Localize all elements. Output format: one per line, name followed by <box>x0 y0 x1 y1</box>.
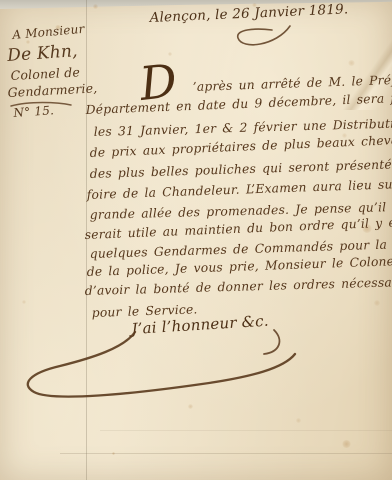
foxing-spot <box>22 300 26 304</box>
letter-scan: Alençon, le 26 Janvier 1819. A Monsieur … <box>0 0 392 480</box>
foxing-spot <box>188 404 193 409</box>
horizontal-fold-crease-faint <box>100 430 392 431</box>
body-line: foire de la Chandeleur. L’Examen aura li… <box>87 176 392 202</box>
foxing-spot <box>296 418 301 423</box>
date-descender-flourish <box>228 24 298 52</box>
foxing-spot <box>93 4 98 9</box>
recipient-line-4: Gendarmerie, <box>7 80 98 100</box>
reference-number: N° 15. <box>13 103 54 120</box>
dateline: Alençon, le 26 Janvier 1819. <box>149 1 348 26</box>
signature-paraph-flourish <box>12 328 312 403</box>
body-initial-letter: D <box>138 60 179 104</box>
foxing-spot <box>112 452 115 455</box>
recipient-line-2: De Khn, <box>7 41 79 66</box>
recipient-line-3: Colonel de <box>10 64 80 83</box>
foxing-spot <box>342 440 351 448</box>
foxing-spot <box>348 60 355 66</box>
body-line: d’avoir la bonté de donner les ordres né… <box>85 275 392 298</box>
recipient-line-1: A Monsieur <box>12 22 85 42</box>
body-line: Département en date du 9 décembre, il se… <box>85 90 392 117</box>
foxing-spot <box>374 300 380 306</box>
body-line: des plus belles pouliches qui seront pré… <box>90 156 392 181</box>
horizontal-fold-crease <box>60 453 392 454</box>
